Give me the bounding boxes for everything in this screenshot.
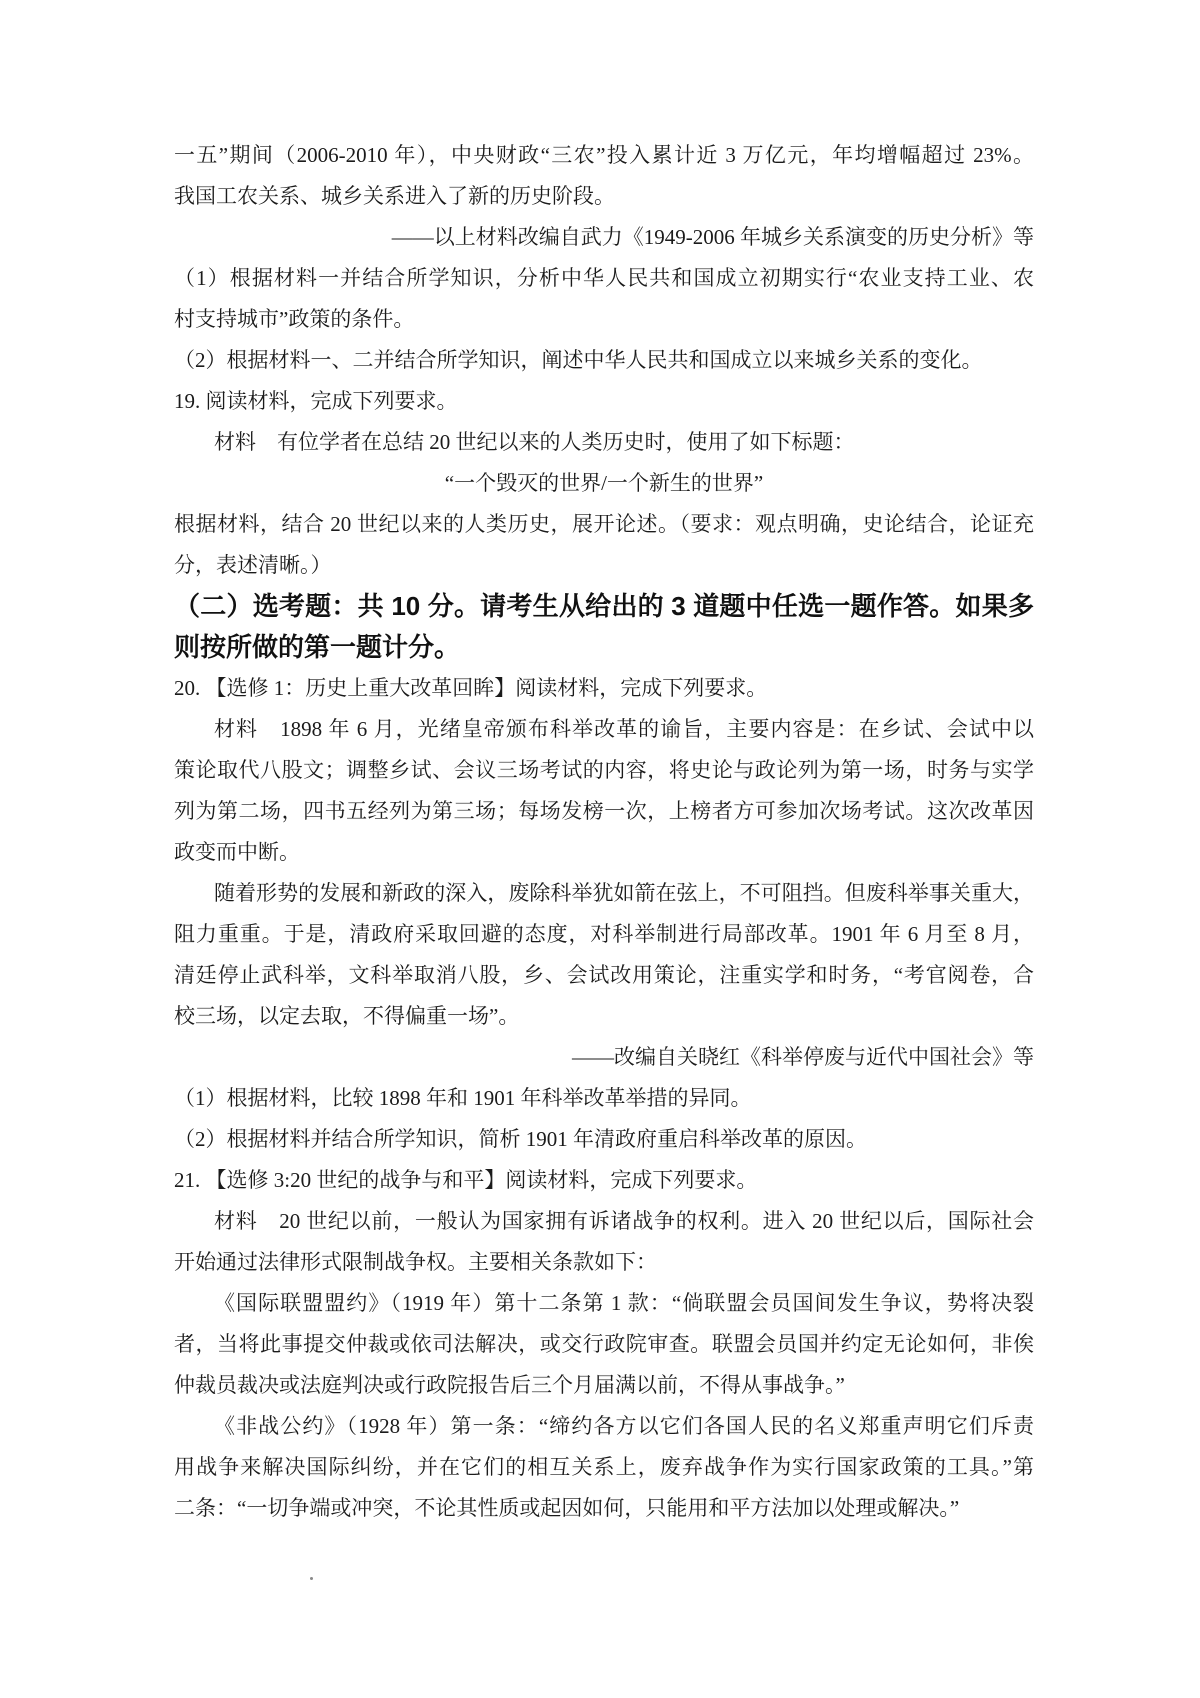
scan-speck-dot (310, 1577, 313, 1580)
source-attribution-line: ——以上材料改编自武力《1949-2006 年城乡关系演变的历史分析》等 (174, 217, 1034, 258)
text-line: 列为第二场，四书五经列为第三场；每场发榜一次，上榜者方可参加次场考试。这次改革因 (174, 791, 1034, 832)
text-line: 《非战公约》（1928 年）第一条：“缔约各方以它们各国人民的名义郑重声明它们斥… (174, 1406, 1034, 1447)
text-line: 材料 1898 年 6 月，光绪皇帝颁布科举改革的谕旨，主要内容是：在乡试、会试… (174, 709, 1034, 750)
text-line: 材料 20 世纪以前，一般认为国家拥有诉诸战争的权利。进入 20 世纪以后，国际… (174, 1201, 1034, 1242)
text-line: 开始通过法律形式限制战争权。主要相关条款如下： (174, 1242, 1034, 1283)
exam-page: { "page": { "width": 1200, "height": 169… (0, 0, 1200, 1698)
text-line: 策论取代八股文；调整乡试、会议三场考试的内容，将史论与政论列为第一场，时务与实学 (174, 750, 1034, 791)
text-line: 村支持城市”政策的条件。 (174, 299, 1034, 340)
text-column: 一五”期间（2006-2010 年），中央财政“三农”投入累计近 3 万亿元，年… (174, 135, 1034, 1529)
text-line: 19. 阅读材料，完成下列要求。 (174, 381, 1034, 422)
text-line: 分，表述清晰。） (174, 545, 1034, 586)
text-line: 材料 有位学者在总结 20 世纪以来的人类历史时，使用了如下标题： (174, 422, 1034, 463)
text-line: 一五”期间（2006-2010 年），中央财政“三农”投入累计近 3 万亿元，年… (174, 135, 1034, 176)
text-line: 阻力重重。于是，清政府采取回避的态度，对科举制进行局部改革。1901 年 6 月… (174, 914, 1034, 955)
text-line: 者，当将此事提交仲裁或依司法解决，或交行政院审查。联盟会员国并约定无论如何，非俟 (174, 1324, 1034, 1365)
text-line: 21. 【选修 3:20 世纪的战争与和平】阅读材料，完成下列要求。 (174, 1160, 1034, 1201)
text-line: 政变而中断。 (174, 832, 1034, 873)
text-line: （1）根据材料一并结合所学知识，分析中华人民共和国成立初期实行“农业支持工业、农 (174, 258, 1034, 299)
text-line: 清廷停止武科举，文科举取消八股，乡、会试改用策论，注重实学和时务，“考官阅卷，合 (174, 955, 1034, 996)
text-line: 仲裁员裁决或法庭判决或行政院报告后三个月届满以前，不得从事战争。” (174, 1365, 1034, 1406)
text-line: 根据材料，结合 20 世纪以来的人类历史，展开论述。（要求：观点明确，史论结合，… (174, 504, 1034, 545)
material-quote-title: “一个毁灭的世界/一个新生的世界” (174, 463, 1034, 504)
text-line: （1）根据材料，比较 1898 年和 1901 年科举改革举措的异同。 (174, 1078, 1034, 1119)
text-line: 随着形势的发展和新政的深入，废除科举犹如箭在弦上，不可阻挡。但废科举事关重大， (174, 873, 1034, 914)
text-line: 二条：“一切争端或冲突，不论其性质或起因如何，只能用和平方法加以处理或解决。” (174, 1488, 1034, 1529)
section-header-line: （二）选考题：共 10 分。请考生从给出的 3 道题中任选一题作答。如果多做， (174, 586, 1034, 627)
text-line: 《国际联盟盟约》（1919 年）第十二条第 1 款：“倘联盟会员国间发生争议，势… (174, 1283, 1034, 1324)
section-header-line: 则按所做的第一题计分。 (174, 627, 1034, 668)
text-line: （2）根据材料一、二并结合所学知识，阐述中华人民共和国成立以来城乡关系的变化。 (174, 340, 1034, 381)
source-attribution-line: ——改编自关晓红《科举停废与近代中国社会》等 (174, 1037, 1034, 1078)
text-line: 20. 【选修 1：历史上重大改革回眸】阅读材料，完成下列要求。 (174, 668, 1034, 709)
text-line: （2）根据材料并结合所学知识，简析 1901 年清政府重启科举改革的原因。 (174, 1119, 1034, 1160)
text-line: 我国工农关系、城乡关系进入了新的历史阶段。 (174, 176, 1034, 217)
text-line: 校三场，以定去取，不得偏重一场”。 (174, 996, 1034, 1037)
text-line: 用战争来解决国际纠纷，并在它们的相互关系上，废弃战争作为实行国家政策的工具。”第 (174, 1447, 1034, 1488)
